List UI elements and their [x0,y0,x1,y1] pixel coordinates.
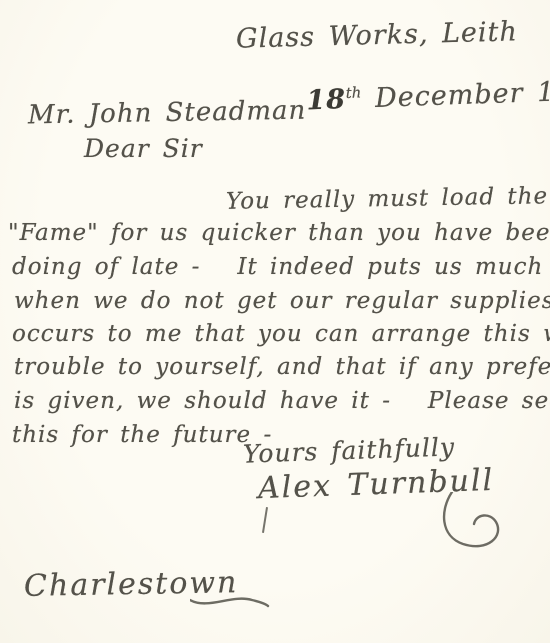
salutation-line: Dear Sir [84,136,203,161]
body-line: this for the future - [12,424,272,447]
recipient-line: Mr. John Steadman [28,98,307,129]
body-line: trouble to yourself, and that if any pre… [14,356,550,379]
pen-tick-mark [262,507,268,533]
body-line: doing of late - It indeed puts us much a… [12,256,550,279]
footer-swash [190,592,270,610]
date-day: 18 [306,84,347,116]
body-line: is given, we should have it - Please see… [14,390,550,413]
signature-flourish [418,492,528,554]
body-line: You really must load the [226,185,548,214]
body-line: "Fame" for us quicker than you have been [8,222,550,245]
date-ordinal-suffix: th [345,83,361,102]
body-line: occurs to me that you can arrange this w… [12,323,550,346]
closing-line: Yours faithfully [243,434,456,466]
letter-scan: Glass Works, Leith 18th December 1857 Mr… [0,0,550,643]
date-month-year: December 1857 [361,75,550,115]
body-line: when we do not get our regular supplies … [14,290,550,313]
heading-place-line: Glass Works, Leith [236,18,518,52]
